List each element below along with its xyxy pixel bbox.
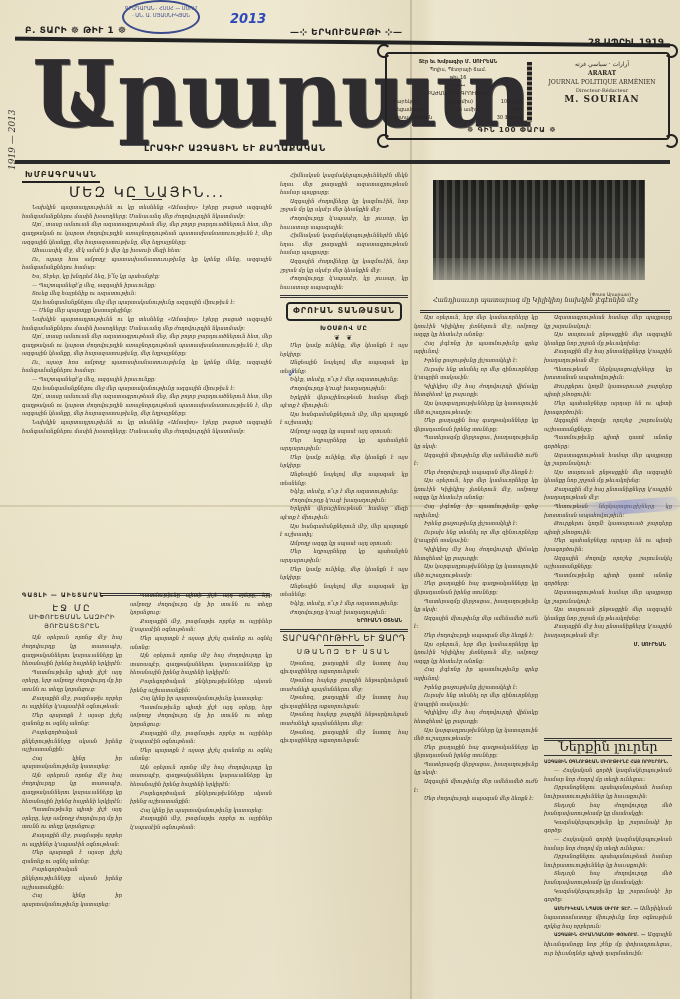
article-paragraph: Սթանոզ, քաղաքին մէջ նստող հայ գիւղացիներ… [280, 660, 408, 677]
foreign-title-block: آرارات · سياسي غزته ARARAT JOURNAL POLIT… [537, 60, 667, 105]
photo-ceremony [433, 180, 645, 280]
diary-column: ԳԱՅԼԻ — ԱԻԵՏԱՐԱՆ ԷՋ ՄԸ ՍԻՓՈՒԵՑՄԱՆ ՆԱԶԻՐԻ… [22, 592, 122, 972]
article-paragraph: Ազգային ժողովը որոշեց շարունակել աշխատան… [544, 555, 672, 572]
article-paragraph: — Պաշտպանեցէ՛ք մեզ, ազգային իրաւունքը։ [22, 376, 272, 385]
article-paragraph: Մեր պահանջները արդար են ու պիտի իրագործո… [544, 400, 672, 417]
news-lead: ԱԶԳԱՅԻՆ ՕԳՆՈՒԹԵԱՆ ՄԻՈՒԹԻՒՆԸ ՀԱՅ ՈՐԲԵՐՈՒՆ… [544, 759, 672, 768]
box-separator [527, 62, 532, 122]
ornament-icon: ❦ ❦ [280, 334, 408, 343]
fold-line-vertical [410, 0, 412, 999]
middle-column: Հիմնական կազմակերպութիւններէն մեկն եղաւ … [280, 172, 408, 972]
subscription-row: Տարեկան(12 ամիս)100 Ղրշ. [393, 98, 523, 106]
article-paragraph: Ժողովուրդը կ'ուզէ խաղաղութիւն։ [280, 385, 408, 394]
article-paragraph: Այո՛, տասը ամսուան մեր ազատագրութեան մեջ… [22, 221, 272, 247]
photo-caption: Հանդիսաւոր պատարագ մը Կիլիկիոյ նախկին լէ… [433, 296, 653, 304]
subscription-heading: ԲԱԺԱՆՈՐԴԱԳՐՈՒԹԻՒՆ [393, 90, 523, 98]
news-lead: ԱԶԳԱՅԻՆ ՀԻՒԱՆԴԱՆՈՑԻ ՓՈԽՈՒՄ. — [554, 933, 645, 938]
diary-headline: ՍԻՓՈՒԵՑՄԱՆ ՆԱԶԻՐԻ ՅՈՒՇԱՏԵՏՐԷՆ [22, 613, 122, 630]
editorial-headline: ՄԵԶ ԿԸ ՆԱՅԻՆ... [22, 189, 272, 198]
article-paragraph: Քաղաքին մէջ, բազմաթիւ որբեր ու այրիներ կ… [130, 730, 272, 747]
article-paragraph: Պատմութիւնը պիտի յիշէ այդ օրերը, երբ ամբ… [130, 704, 272, 730]
article-paragraph: Ժողովուրդը կ'ուզէ խաղաղութիւն։ [280, 497, 408, 506]
article-paragraph: Մեր կամք ունինք, մեր կեանքն է այս երկիրը… [280, 342, 408, 359]
newspaper-subtitle: ԼՐԱԳԻՐ ԱԶԳԱՅԻՆ ԵՒ ՔԱՂԱՔԱԿԱՆ [144, 144, 326, 154]
article-paragraph: Նախկին պարտադրութիւնն ու կը տեսնենք «Ամա… [22, 316, 272, 333]
year-issue-label: Բ. ՏԱՐԻ ☸ ԹԻՒ 1 ☸ [25, 26, 126, 36]
article-subheadline: ՍԹԱՆՈԶ ԵՒ ԱՏԱՆ [280, 648, 408, 657]
article-paragraph: Հայ լէգէոնը իր պատմութիւնը գրեց արիւնով։ [414, 666, 538, 683]
masthead-rule [15, 160, 670, 164]
article-paragraph: Մեր քաղաքին հայ գաղթականները կը վերադառն… [414, 417, 538, 434]
article-paragraph: Այս տարուան ընթացքին մեր ազգային կեանքը … [544, 331, 672, 348]
article-paragraph: Այս հանգամանքներուն մէջ, մեր պարտքն է աշ… [280, 411, 408, 428]
article-paragraph: Թուրքերու կողմէ կատարուած ջարդերը պիտի չ… [544, 520, 672, 537]
article-paragraph: Կիլիկիոյ մէջ հայ ժողովուրդի վիճակը հետզհ… [414, 546, 538, 563]
ornament-curl-icon [664, 44, 678, 58]
column-three: Այս օրերուն, երբ մեր կամաւորները կը կռու… [414, 314, 538, 984]
article-paragraph: Մեր պահանջները արդար են ու պիտի իրագործո… [544, 537, 672, 554]
article-paragraph: Պատմութիւնը պիտի դատէ անոնց գործերը։ [544, 572, 672, 589]
article-paragraph: Այս օրերուն, երբ մեր կամաւորները կը կռու… [414, 314, 538, 340]
article-paragraph: Ազատագրութեան համար մեր պայքարը կը շարու… [544, 314, 672, 331]
article-paragraph: Ժողովուրդը կ'սպասէր, կը յուսար, կը հաւատ… [280, 215, 408, 232]
article-paragraph: Մեր ժողովուրդի ապագան մեր ձեռքն է։ [414, 469, 538, 478]
article-paragraph: Մեր ժողովուրդի ապագան մեր ձեռքն է։ [414, 795, 538, 804]
article-headline: ՏԱՐԱԳՐՈՒԹԻՒՆ ԵՒ ՋԱՐԴ [280, 635, 408, 644]
article-paragraph: Բարեգործական ընկերութիւնները սկսան իրենց… [22, 866, 122, 892]
article-paragraph: Հիմնական կազմակերպութիւններէն մեկն եղաւ … [280, 232, 408, 258]
article-paragraph: Սթանոզ հայերը ջարդին ենթարկուեցան տաժանե… [280, 711, 408, 728]
article-paragraph: Նախկին պարտադրութիւնն ու կը տեսնենք «Ամա… [22, 419, 272, 436]
section-label: ԳԱՅԼԻ — ԱԻԵՏԱՐԱՆ [22, 592, 122, 601]
ornament-divider: ⊷⊶⊷ [393, 82, 523, 90]
article-paragraph: Կիլիկիոյ մէջ հայ ժողովուրդի վիճակը հետզհ… [414, 709, 538, 726]
article-paragraph: Պատմութիւնը պիտի դատէ անոնց գործերը։ [544, 434, 672, 451]
article-paragraph: Անցեալին նայելով մեր ապագան կը տեսնենք։ [280, 359, 408, 376]
domestic-news-column: Ներքին լուրեր ԱԶԳԱՅԻՆ ՕԳՆՈՒԹԵԱՆ ՄԻՈՒԹԻՒՆ… [544, 735, 672, 985]
article-paragraph: Բարեգործական ընկերութիւնները սկսան իրենց… [130, 678, 272, 695]
article-paragraph: Քաղաքին մէջ, բազմաթիւ որբեր ու այրիներ կ… [22, 832, 122, 849]
day-name: —⊹ ԵՐԿՈՒՇԱԲԹԻ ⊹— [290, 28, 402, 38]
article-paragraph: Քաղաքին մէջ հայ ընտանիքները կ'ապրին խաղա… [544, 348, 672, 365]
article-paragraph: Այո՛, տասը ամսուան մեր ազատագրութեան մեջ… [22, 333, 272, 359]
article-paragraph: Հայ կինը իր պարտականութիւնը կատարեց։ [130, 807, 272, 816]
article-paragraph: Հայ կինը իր պարտականութիւնը կատարեց։ [22, 755, 122, 772]
article-signature: Մ. ՍՈՒՐԵԱՆ [544, 641, 672, 650]
article-paragraph: Իրենց քաջութիւնը յիշատակելի է։ [414, 520, 538, 529]
article-paragraph: Ուրախ ենք տեսնել որ մեր զինուորները կ'ապ… [414, 366, 538, 383]
article-paragraph: — Պաշտպանեցէ՛ք մեզ, ազգային իրաւունքը։ [22, 282, 272, 291]
article-paragraph: Այս օրերուն, երբ մեր կամաւորները կը կռու… [414, 477, 538, 503]
library-stamp: ԳՐԱԴԱՐԱՆ · ՀՍՍՀ — ՍՍՌՄ · ԱՆ. Ա. ՄՅԱՍՆԻԿՅ… [122, 0, 200, 34]
article-paragraph: Մեր պարտքն է այսօր յիշել զանոնք ու օգնել… [22, 712, 122, 729]
editorial-column: ԽՄԲԱԳՐԱԿԱՆ ՄԵԶ ԿԸ ՆԱՅԻՆ... Նախկին պարտադ… [22, 170, 272, 550]
article-paragraph: Իրենց քաջութիւնը յիշատակելի է։ [414, 684, 538, 693]
article-paragraph: Այս հանգամանքներու մեջ մեր պարտականութիւ… [22, 299, 272, 308]
address-number: թիւ 16 [393, 74, 523, 82]
article-paragraph: Մեր կամք ունինք, մեր կեանքն է այս երկիրը… [280, 454, 408, 471]
article-paragraph: Պատմութիւնը պիտի յիշէ այդ օրերը, երբ ամբ… [130, 592, 272, 618]
ornament-curl-icon [377, 134, 391, 148]
article-paragraph: Ամբողջ ազգը կը սպասէ այդ օրուան։ [280, 428, 408, 437]
checkmark-icon: ✓ [287, 366, 297, 380]
ornament-curl-icon [377, 44, 391, 58]
news-paragraph: Որբանոցներու պահպանութեան համար նուիրատո… [544, 853, 672, 870]
article-paragraph: Ազգային ժողովը որոշեց շարունակել աշխատան… [544, 417, 672, 434]
article-paragraph: Իրենց քաջութիւնը յիշատակելի է։ [414, 357, 538, 366]
masthead: Արարատ ԼՐԱԳԻՐ ԱԶԳԱՅԻՆ ԵՒ ՔԱՂԱՔԱԿԱՆ [32, 48, 362, 158]
subscription-row: Արտասահման30 Ֆրանք [393, 114, 523, 122]
publisher-line: Տէր եւ Խմբագիր Մ. ՍՈՒՐԵԱՆ [393, 58, 523, 66]
article-paragraph: Հայ լէգէոնը իր պատմութիւնը գրեց արիւնով։ [414, 340, 538, 357]
article-paragraph: Այն օրերուն որոնց մէջ հայ ժողովուրդը կը … [22, 634, 122, 668]
article-paragraph: Ազգային միութիւնը մեր ամենամեծ ուժն է։ [414, 615, 538, 632]
news-paragraph: Կազմակերպութիւնը կը շարունակէ իր գործը։ [544, 888, 672, 905]
article-paragraph: Ազգային ժողովները կը կազմուէին, նոր շրջա… [280, 258, 408, 275]
article-paragraph: Եկէք, տեսէք, ո՞ւր է մեր ազատութիւնը։ [280, 376, 408, 385]
address-line: Պոլիս, Պէտրայի ճամ. [393, 66, 523, 74]
publication-info-box: Տէր եւ Խմբագիր Մ. ՍՈՒՐԵԱՆ Պոլիս, Պէտրայի… [385, 52, 670, 140]
article-paragraph: Մեր եղբայրները կը պահանջեն արդարութիւն։ [280, 548, 408, 565]
article-paragraph: Քաղաքին մէջ, բազմաթիւ որբեր ու այրիներ կ… [22, 695, 122, 712]
news-lead: ԱՄԵՐԻԿԵԱՆ ՆՊԱՍՏ ՍԻՐՈՒ ՏԷՐ. — [554, 907, 638, 912]
news-paragraph: Որբանոցներու պահպանութեան համար նուիրատո… [544, 784, 672, 801]
article-paragraph: Երկրին վերաշինութեան համար մեզի պէտք է մ… [280, 505, 408, 522]
latin-title: ARARAT [537, 69, 667, 78]
section-divider [420, 310, 670, 313]
article-paragraph: Թուրքերու կողմէ կատարուած ջարդերը պիտի չ… [544, 383, 672, 400]
ornament-curl-icon [664, 134, 678, 148]
article-paragraph: — Մենք մեր պարտքը կատարեցինք։ [22, 307, 272, 316]
article-paragraph: Ամբողջ ազգը կը սպասէ այդ օրուան։ [280, 540, 408, 549]
article-paragraph: Այս տարուան ընթացքին մեր ազգային կեանքը … [544, 469, 672, 486]
article-paragraph: Կիլիկիոյ մէջ հայ ժողովուրդի վիճակը հետզհ… [414, 383, 538, 400]
article-paragraph: Այո՛, տասը ամսուան մեր ազատագրութեան մեջ… [22, 393, 272, 419]
article-paragraph: Ժողովուրդը կ'սպասէր, կը յուսար, կը հաւատ… [280, 275, 408, 292]
article-paragraph: Մեր քաղաքին հայ գաղթականները կը վերադառն… [414, 744, 538, 761]
article-byline: ԵՐՈՒԱՆԴ ՕՏԵԱՆ [280, 617, 408, 626]
column-four: Ազատագրութեան համար մեր պայքարը կը շարու… [544, 314, 672, 734]
article-paragraph: Պատմութիւնը պիտի յիշէ այդ օրերը, երբ ամբ… [22, 669, 122, 695]
article-paragraph: Այս կարգադրութիւնները կը կատարուին մեծ ո… [414, 563, 538, 580]
news-paragraph: — Հայկական գործի կազմակերպութեան համար ն… [544, 836, 672, 853]
article-paragraph: Անցեալին նայելով մեր ապագան կը տեսնենք։ [280, 471, 408, 488]
article-paragraph: Հիմնական կազմակերպութիւններէն մեկն եղաւ … [280, 172, 408, 198]
article-paragraph: Պատերազմը վերջացաւ, խաղաղութիւնը կը սկսի… [414, 598, 538, 615]
article-paragraph: Հայ լէգէոնը իր պատմութիւնը գրեց արիւնով։ [414, 503, 538, 520]
section-title: Ներքին լուրեր [544, 744, 672, 753]
accession-number: 2013 [230, 12, 266, 27]
article-paragraph: Քաղաքին մէջ, բազմաթիւ որբեր ու այրիներ կ… [130, 815, 272, 832]
news-paragraph: Կազմակերպութիւնը կը շարունակէ իր գործը։ [544, 819, 672, 836]
article-paragraph: Այս հանգամանքներուն մէջ, մեր պարտքն է աշ… [280, 523, 408, 540]
article-paragraph: Քաղաքին մէջ հայ ընտանիքները կ'ապրին խաղա… [544, 623, 672, 640]
news-paragraph: Տեղւոյն հայ ժողովուրդը մեծ խանդավառութեա… [544, 802, 672, 819]
article-paragraph: Բարեգործական ընկերութիւնները սկսան իրենց… [130, 790, 272, 807]
article-paragraph: Այս հանգամանքներու մեջ մեր պարտականութիւ… [22, 385, 272, 394]
article-paragraph: Պատերազմը վերջացաւ, խաղաղութիւնը կը սկսի… [414, 434, 538, 451]
article-paragraph: Ազատագրութեան համար մեր պայքարը կը շարու… [544, 452, 672, 469]
director-name: M. SOURIAN [537, 96, 667, 105]
article-paragraph: Նախկին պարտադրութիւնն ու կը տեսնենք «Ամա… [22, 204, 272, 221]
subscription-row: Վեցամսեայ(6 ամիս)60 · [393, 106, 523, 114]
journal-description: JOURNAL POLITIQUE ARMÉNIEN [537, 78, 667, 87]
article-paragraph: Այն օրերուն որոնց մէջ հայ ժողովուրդը կը … [130, 764, 272, 790]
news-paragraph: Տեղւոյն հայ ժողովուրդը մեծ խանդավառութեա… [544, 870, 672, 887]
news-paragraph: — Հայկական գործի կազմակերպութեան համար ն… [544, 767, 672, 784]
article-paragraph: Անցեալին նայելով մեր ապագան կը տեսնենք։ [280, 583, 408, 600]
article-paragraph: Պատերազմը վերջացաւ, խաղաղութիւնը կը սկսի… [414, 761, 538, 778]
article-paragraph: Այն օրերուն որոնց մէջ հայ ժողովուրդը կը … [22, 772, 122, 806]
article-paragraph: Ուրախ ենք տեսնել որ մեր զինուորները կ'ապ… [414, 529, 538, 546]
article-paragraph: Մեր պարտքն է այսօր յիշել զանոնք ու օգնել… [130, 635, 272, 652]
article-paragraph: Մեր եղբայրները կը պահանջեն արդարութիւն։ [280, 437, 408, 454]
top-bar: ԳՐԱԴԱՐԱՆ · ՀՍՍՀ — ՍՍՌՄ · ԱՆ. Ա. ՄՅԱՍՆԻԿՅ… [0, 8, 680, 38]
article-paragraph: Սթանոզ, քաղաքին մէջ նստող հայ գիւղացիներ… [280, 694, 408, 711]
article-paragraph: Ազգային միութիւնը մեր ամենամեծ ուժն է։ [414, 778, 538, 795]
article-paragraph: Այս օրերուն, երբ մեր կամաւորները կը կռու… [414, 641, 538, 667]
article-paragraph: Սթանոզ հայերը ջարդին ենթարկուեցան տաժանե… [280, 677, 408, 694]
article-paragraph: Ու, այսօր հոս ամբողջ պատասխանատուութիւնը… [22, 359, 272, 376]
diary-headline-top: ԷՋ ՄԸ [22, 605, 122, 614]
newspaper-title: Արարատ [32, 48, 362, 140]
article-paragraph: Այս կարգադրութիւնները կը կատարուին մեծ ո… [414, 727, 538, 744]
section-label: ԽՄԲԱԳՐԱԿԱՆ [22, 170, 100, 183]
article-paragraph: Մեր պարտքն է այսօր յիշել զանոնք ու օգնել… [130, 747, 272, 764]
article-paragraph: Երկրին վերաշինութեան համար մեզի պէտք է մ… [280, 394, 408, 411]
article-paragraph: Մեր քաղաքին հայ գաղթականները կը վերադառն… [414, 580, 538, 597]
article-paragraph: Ուրախ ենք տեսնել որ մեր զինուորները կ'ապ… [414, 692, 538, 709]
article-paragraph: Այս տարուան ընթացքին մեր ազգային կեանքը … [544, 606, 672, 623]
article-paragraph: Եկէք, տեսէք, ո՞ւր է մեր ազատութիւնը։ [280, 488, 408, 497]
article-paragraph: Քաղաքին մէջ, բազմաթիւ որբեր ու այրիներ կ… [130, 618, 272, 635]
subscription-info: Տէր եւ Խմբագիր Մ. ՍՈՒՐԵԱՆ Պոլիս, Պէտրայի… [393, 58, 523, 122]
column-title-box: ՓՐՈՒԱՆ ՏԱՆԹԱՏԱՆ [286, 302, 402, 321]
article-paragraph: Պետութեան ներկայացուցիչները կը խոստանան … [544, 366, 672, 383]
article-paragraph: Մեր պարտքն է այսօր յիշել զանոնք ու օգնել… [22, 849, 122, 866]
diary-continued-column: Պատմութիւնը պիտի յիշէ այդ օրերը, երբ ամբ… [130, 592, 272, 972]
article-paragraph: Հայ կինը իր պարտականութիւնը կատարեց։ [130, 695, 272, 704]
ottoman-title: آرارات · سياسي غزته [537, 60, 667, 69]
article-paragraph: Տուեք մեզ հայրենիք ու ազատութիւն։ [22, 290, 272, 299]
article-paragraph: Ազատագրութեան համար մեր պայքարը կը շարու… [544, 589, 672, 606]
article-paragraph: Եկէք, տեսէք, ո՞ւր է մեր ազատութիւնը։ [280, 600, 408, 609]
article-paragraph: Պատմութիւնը պիտի յիշէ այդ օրերը, երբ ամբ… [22, 806, 122, 832]
article-paragraph: Հայ կինը իր պարտականութիւնը կատարեց։ [22, 892, 122, 909]
article-paragraph: Այն օրերուն որոնց մէջ հայ ժողովուրդը կը … [130, 652, 272, 678]
article-paragraph: Ազգային ժողովները կը կազմուէին, նոր շրջա… [280, 198, 408, 215]
article-paragraph: Մեր ժողովուրդի ապագան մեր ձեռքն է։ [414, 632, 538, 641]
article-paragraph: Ժողովուրդը կ'ուզէ խաղաղութիւն։ [280, 609, 408, 618]
article-paragraph: Սթանոզ, քաղաքին մէջ նստող հայ գիւղացիներ… [280, 729, 408, 746]
article-paragraph: Ես, Տէրեր, կը խնդրեմ ձեզ, ի՞նչ կը պահանջ… [22, 273, 272, 282]
headline-rule [324, 645, 364, 646]
column-subtitle: ԽՕՍՔՈՎ ՄԸ [280, 325, 408, 334]
article-paragraph: Բարեգործական ընկերութիւնները սկսան իրենց… [22, 729, 122, 755]
article-paragraph: Մեր կամք ունինք, մեր կեանքն է այս երկիրը… [280, 566, 408, 583]
article-paragraph: Ու, այսօր հոս ամբողջ պատասխանատուութիւնը… [22, 256, 272, 273]
article-paragraph: Ազգային միութիւնը մեր ամենամեծ ուժն է։ [414, 452, 538, 469]
article-paragraph: Ահաւասիկ մէջ, մէկ ամսէն ի վեր կը խօսուի … [22, 247, 272, 256]
price-label: ☸ ԳԻՆ 100 ՓԱՐԱ ☸ [467, 126, 557, 134]
article-paragraph: Այս կարգադրութիւնները կը կատարուին մեծ ո… [414, 400, 538, 417]
section-divider [280, 295, 408, 298]
section-divider [280, 629, 408, 632]
